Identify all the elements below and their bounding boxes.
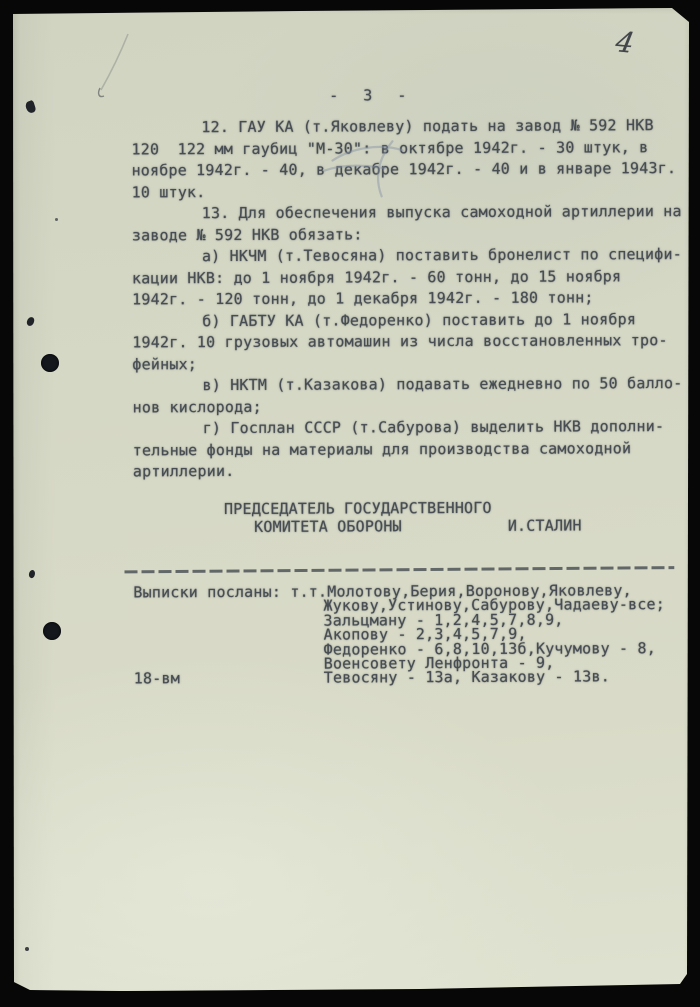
body-line: 12. ГАУ КА (т.Яковлеву) подать на завод … (131, 115, 676, 139)
body-line: 10 штук. (132, 180, 677, 204)
punch-hole-bottom (43, 622, 61, 640)
signature-title-line2: КОМИТЕТА ОБОРОНЫ (254, 518, 402, 536)
body-line: фейных; (132, 352, 677, 376)
distribution-block: Выписки посланы: т.т.Молотову,Берия,Воро… (133, 583, 665, 686)
body-line: в) НКТМ (т.Казакова) подавать ежедневно … (132, 373, 677, 397)
body-line: 120 122 мм гаубиц "М-30": в октябре 1942… (131, 137, 676, 161)
scan-background: { "document": { "handwritten_folio": "4"… (0, 0, 700, 1007)
typed-content: - 3 - 12. ГАУ КА (т.Яковлеву) подать на … (0, 0, 700, 1007)
punch-hole-top (41, 354, 59, 372)
body-line: ноябре 1942г. - 40, в декабре 1942г. - 4… (132, 158, 677, 182)
document-body: 12. ГАУ КА (т.Яковлеву) подать на завод … (131, 115, 678, 483)
separator-line (124, 566, 674, 573)
body-line: 13. Для обеспечения выпуска самоходной а… (132, 201, 677, 225)
page-number: - 3 - (329, 86, 414, 104)
body-line: 1942г. 10 грузовых автомашин из числа во… (132, 330, 677, 354)
body-line: артиллерии. (133, 459, 678, 483)
body-line: б) ГАБТУ КА (т.Федоренко) поставить до 1… (132, 309, 677, 333)
ink-speck (55, 218, 58, 221)
body-line: кации НКВ: до 1 ноября 1942г. - 60 тонн,… (132, 266, 677, 290)
body-line: 1942г. - 120 тонн, до 1 декабря 1942г. -… (132, 287, 677, 311)
typist-code: 18-вм (134, 669, 180, 687)
distribution-line: Тевосяну - 13а, Казакову - 13в. (324, 670, 666, 686)
ink-speck (25, 947, 29, 951)
document-page: 4 - 3 - 12. ГАУ КА (т.Яковлеву) подать н… (0, 0, 700, 1007)
body-line: заводе № 592 НКВ обязать: (132, 223, 677, 247)
body-line: тельные фонды на материалы для производс… (133, 438, 678, 462)
body-line: нов кислорода; (133, 395, 678, 419)
signature-block: ПРЕДСЕДАТЕЛЬ ГОСУДАРСТВЕННОГО КОМИТЕТА О… (133, 499, 582, 536)
signature-title-line1: ПРЕДСЕДАТЕЛЬ ГОСУДАРСТВЕННОГО (224, 499, 582, 518)
body-line: а) НКЧМ (т.Тевосяна) поставить бронелист… (132, 244, 677, 268)
body-line: г) Госплан СССР (т.Сабурова) выделить НК… (133, 416, 678, 440)
signature-name: И.СТАЛИН (508, 517, 582, 535)
